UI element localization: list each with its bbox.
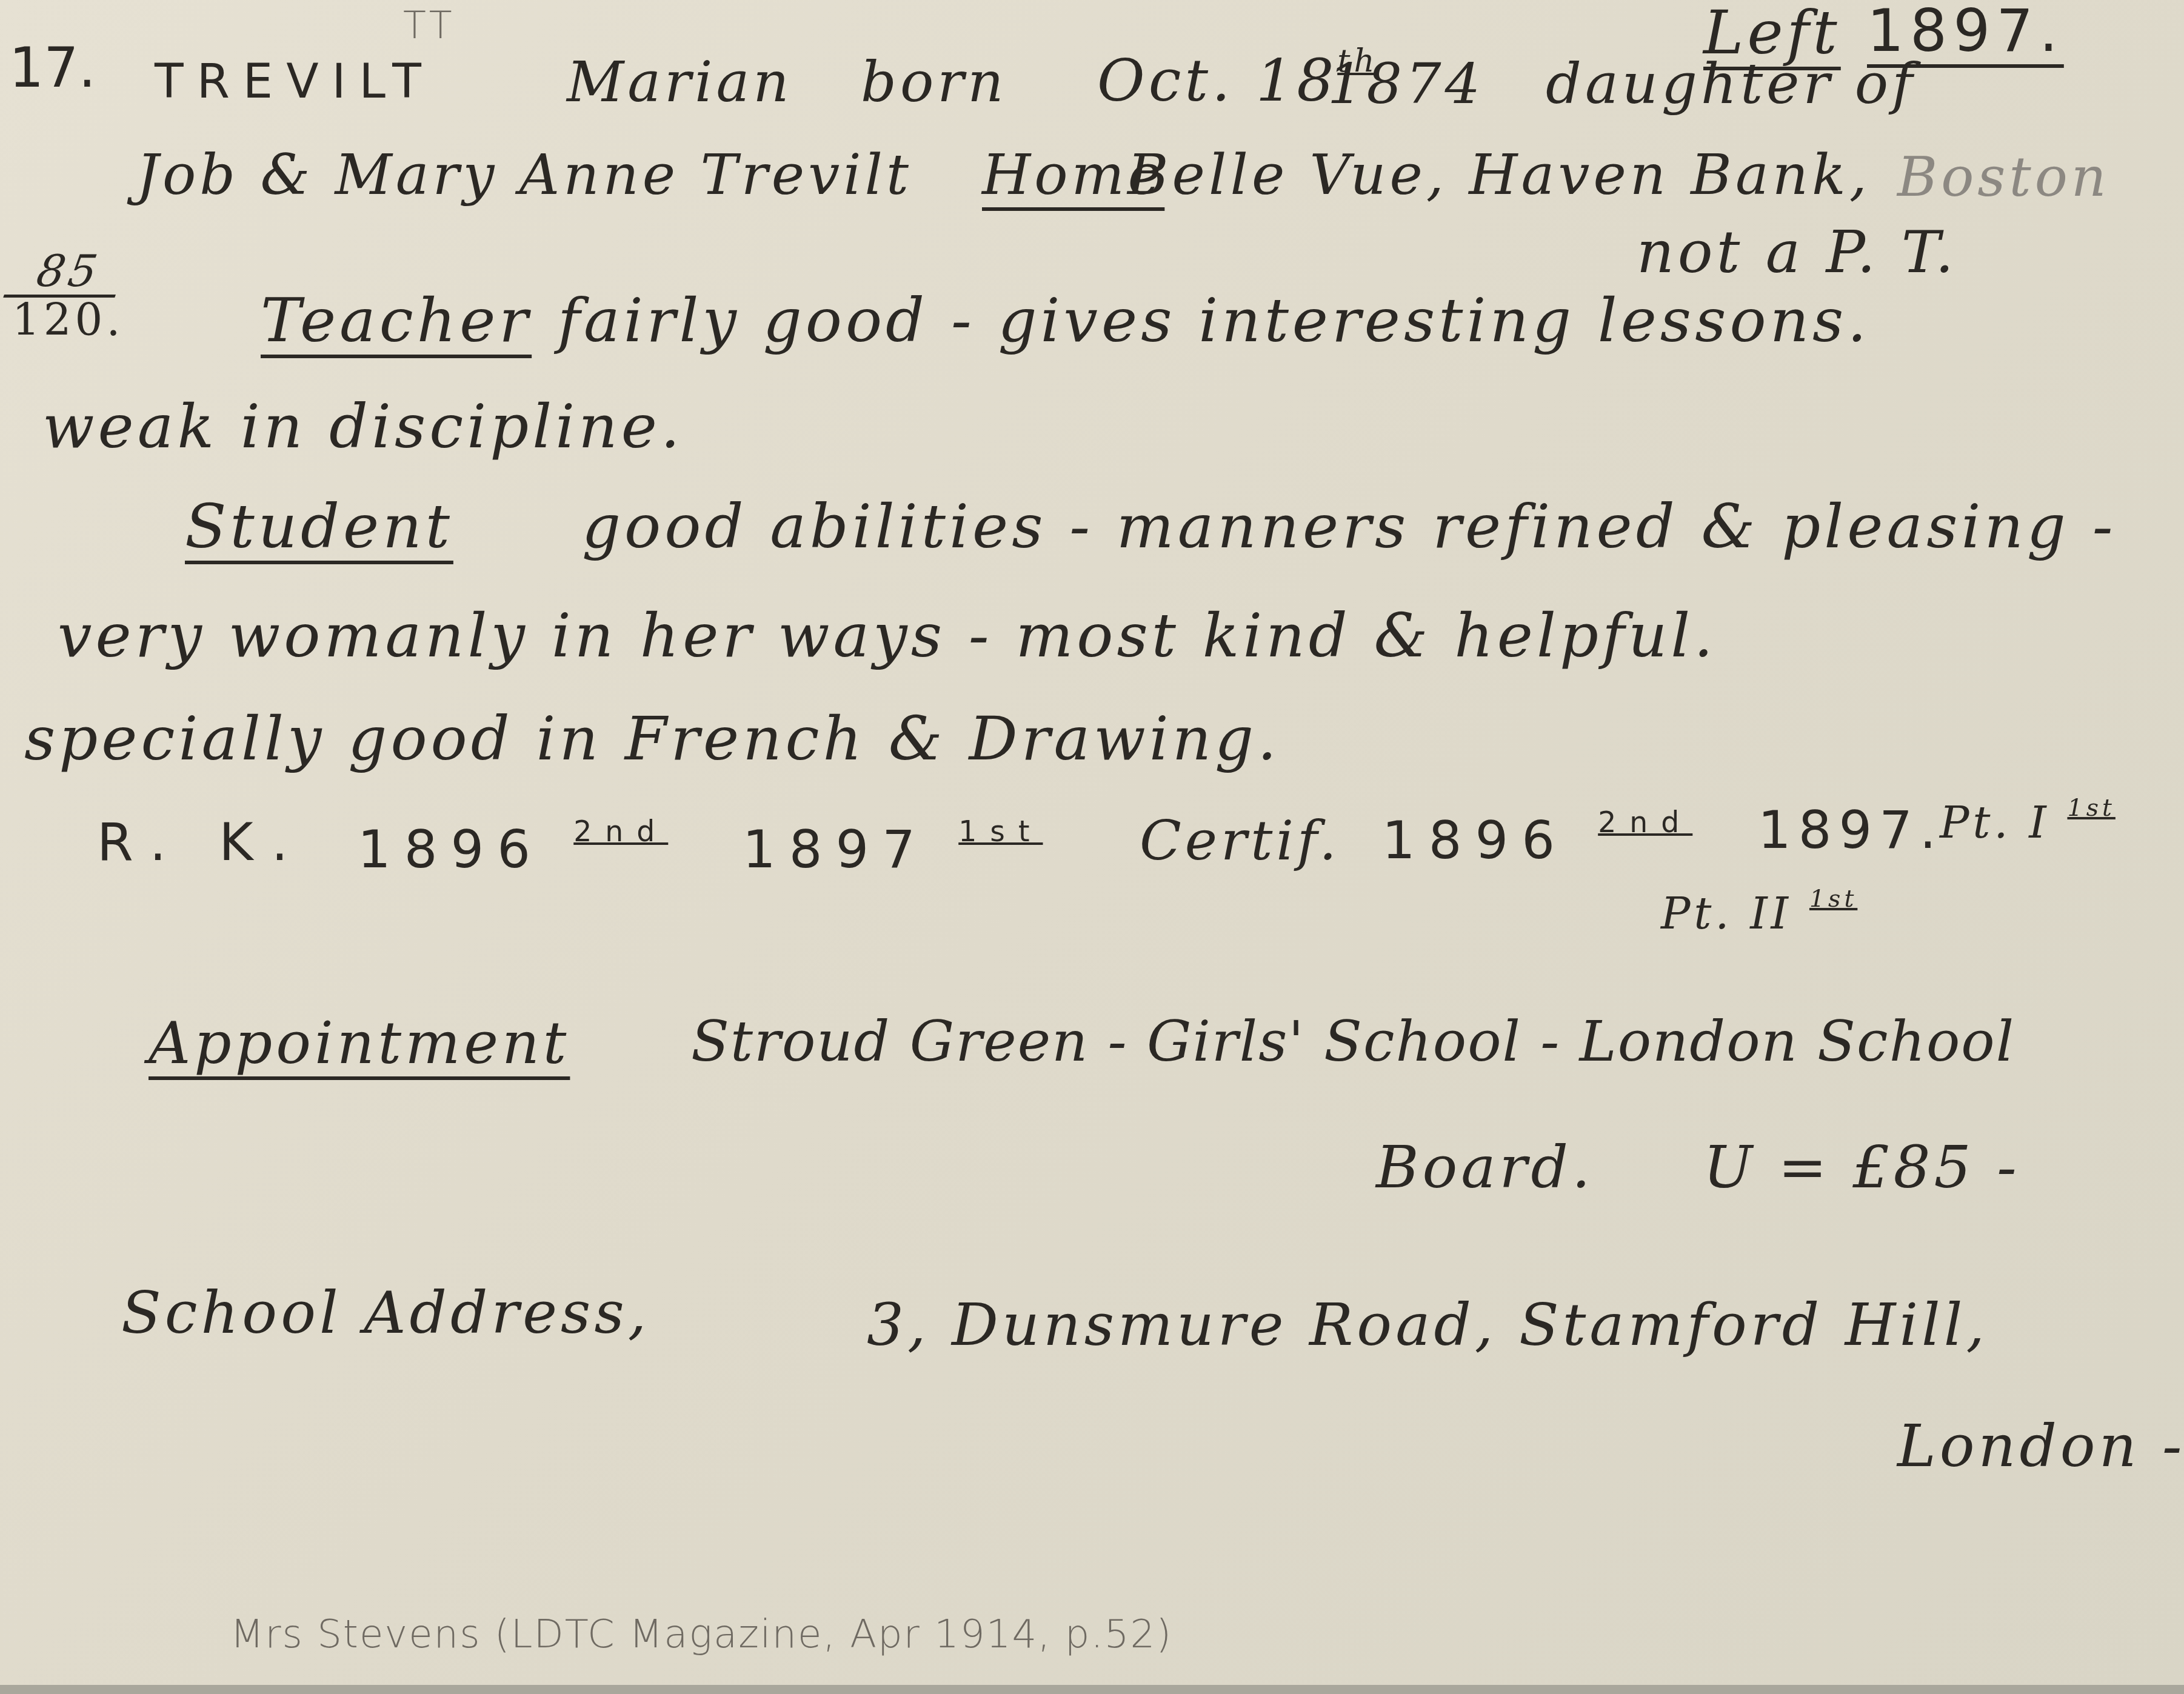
student-line-3: specially good in French & Drawing. xyxy=(24,703,1280,774)
forename: Marian xyxy=(567,50,793,115)
parents: Job & Mary Anne Trevilt xyxy=(136,142,912,207)
student-label: Student xyxy=(185,491,453,562)
certif-1897: 1897. xyxy=(1758,800,1943,861)
record-card: 17. TT TREVILT Marian born Oct. 18th 187… xyxy=(0,0,2184,1685)
teacher-line-2: weak in discipline. xyxy=(42,391,684,462)
rk-label: R. K. xyxy=(97,812,306,873)
left-year: 1897. xyxy=(1867,0,2064,65)
certif-1896: 1896 2nd xyxy=(1382,806,1692,871)
left-label: Left xyxy=(1703,0,1841,68)
entry-number: 17. xyxy=(9,36,96,100)
card-bottom-edge xyxy=(0,1685,2184,1694)
appointment-line-2: Board. xyxy=(1376,1133,1594,1201)
school-address-line-1: 3, Dunsmure Road, Stamford Hill, xyxy=(867,1291,1988,1359)
school-address-label: School Address, xyxy=(121,1279,650,1347)
pt1: Pt. I 1st xyxy=(1940,794,2116,848)
rk-1897: 1897 1st xyxy=(743,815,1043,880)
teacher-line-1: fairly good - gives interesting lessons. xyxy=(558,285,1870,356)
school-address-line-2: London - xyxy=(1897,1412,2184,1480)
surname-correction: TT xyxy=(403,3,456,47)
rk-1896: 1896 2nd xyxy=(358,815,668,880)
student-line-1: good abilities - manners refined & pleas… xyxy=(582,491,2116,562)
pencil-note: Mrs Stevens (LDTC Magazine, Apr 1914, p.… xyxy=(230,1612,1172,1657)
birth-prefix: born xyxy=(861,50,1007,115)
score-fraction: 85 120. xyxy=(12,248,124,343)
birth-year: 1874 xyxy=(1327,52,1484,116)
pt2: Pt. II 1st xyxy=(1661,885,1857,939)
appointment-label: Appointment xyxy=(149,1009,570,1077)
pt-note: not a P. T. xyxy=(1637,218,1957,286)
teacher-label: Teacher xyxy=(261,285,532,356)
salary: U = £85 - xyxy=(1703,1133,2020,1201)
student-line-2: very womanly in her ways - most kind & h… xyxy=(58,600,1717,671)
home-address: Belle Vue, Haven Bank, xyxy=(1127,142,1871,207)
home-town: Boston xyxy=(1897,145,2110,209)
appointment-line-1: Stroud Green - Girls' School - London Sc… xyxy=(691,1009,2015,1074)
certif-label: Certif. xyxy=(1140,809,1340,873)
surname: TREVILT xyxy=(155,55,435,109)
